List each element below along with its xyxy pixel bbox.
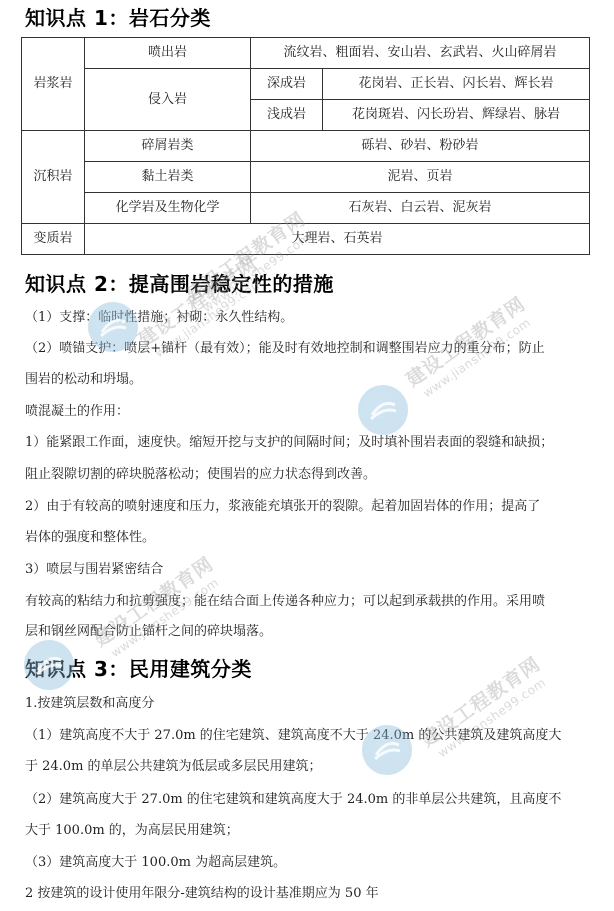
table-row: 变质岩 大理岩、石英岩 <box>22 224 590 255</box>
clastic-label: 碎屑岩类 <box>85 131 251 162</box>
paragraph-line: 1.按建筑层数和高度分 <box>25 696 595 712</box>
paragraph-line: 有较高的粘结力和抗剪强度；能在结合面上传递各种应力；可以起到承载拱的作用。采用喷 <box>25 594 595 610</box>
table-row: 岩浆岩 喷出岩 流纹岩、粗面岩、安山岩、玄武岩、火山碎屑岩 <box>22 38 590 69</box>
paragraph-line: 岩体的强度和整体性。 <box>25 530 595 546</box>
paragraph-line: （2）建筑高度大于 27.0m 的住宅建筑和建筑高度大于 24.0m 的非单层公… <box>25 792 595 808</box>
table-row: 沉积岩 碎屑岩类 砾岩、砂岩、粉砂岩 <box>22 131 590 162</box>
paragraph-line: （1）建筑高度不大于 27.0m 的住宅建筑、建筑高度不大于 24.0m 的公共… <box>25 728 595 744</box>
hypabyssal-examples: 花岗斑岩、闪长玢岩、辉绿岩、脉岩 <box>323 100 590 131</box>
metamorphic-label: 变质岩 <box>22 224 85 255</box>
paragraph-line: 层和钢丝网配合防止锚杆之间的碎块塌落。 <box>25 624 595 640</box>
section-1-title: 知识点 1：岩石分类 <box>25 6 211 30</box>
hypabyssal-label: 浅成岩 <box>251 100 323 131</box>
paragraph-line: 围岩的松动和坍塌。 <box>25 372 595 388</box>
paragraph-line: （3）建筑高度大于 100.0m 为超高层建筑。 <box>25 855 595 871</box>
paragraph-line: （1）支撑：临时性措施；衬砌：永久性结构。 <box>25 310 595 326</box>
document-page: 知识点 1：岩石分类 岩浆岩 喷出岩 流纹岩、粗面岩、安山岩、玄武岩、火山碎屑岩… <box>0 0 614 911</box>
paragraph-line: 1）能紧跟工作面，速度快。缩短开挖与支护的间隔时间；及时填补围岩表面的裂缝和缺损… <box>25 435 595 451</box>
metamorphic-examples: 大理岩、石英岩 <box>85 224 590 255</box>
extrusive-examples: 流纹岩、粗面岩、安山岩、玄武岩、火山碎屑岩 <box>251 38 590 69</box>
paragraph-line: 大于 100.0m 的，为高层民用建筑； <box>25 823 595 839</box>
paragraph-line: 于 24.0m 的单层公共建筑为低层或多层民用建筑； <box>25 759 595 775</box>
extrusive-label: 喷出岩 <box>85 38 251 69</box>
paragraph-line: 3）喷层与围岩紧密结合 <box>25 562 595 578</box>
clay-examples: 泥岩、页岩 <box>251 162 590 193</box>
chemical-label: 化学岩及生物化学 <box>85 193 251 224</box>
sedimentary-label: 沉积岩 <box>22 131 85 224</box>
section-3-title: 知识点 3：民用建筑分类 <box>25 657 252 681</box>
plutonic-label: 深成岩 <box>251 69 323 100</box>
intrusive-label: 侵入岩 <box>85 69 251 131</box>
chemical-examples: 石灰岩、白云岩、泥灰岩 <box>251 193 590 224</box>
paragraph-line: 阻止裂隙切割的碎块脱落松动；使围岩的应力状态得到改善。 <box>25 467 595 483</box>
table-row: 侵入岩 深成岩 花岗岩、正长岩、闪长岩、辉长岩 <box>22 69 590 100</box>
clastic-examples: 砾岩、砂岩、粉砂岩 <box>251 131 590 162</box>
paragraph-line: 2 按建筑的设计使用年限分-建筑结构的设计基准期应为 50 年 <box>25 886 595 902</box>
section-2-title: 知识点 2：提高围岩稳定性的措施 <box>25 272 334 296</box>
igneous-label: 岩浆岩 <box>22 38 85 131</box>
paragraph-line: 喷混凝土的作用： <box>25 404 595 420</box>
rock-classification-table: 岩浆岩 喷出岩 流纹岩、粗面岩、安山岩、玄武岩、火山碎屑岩 侵入岩 深成岩 花岗… <box>21 37 590 255</box>
paragraph-line: （2）喷锚支护：喷层+锚杆（最有效）；能及时有效地控制和调整围岩应力的重分布；防… <box>25 341 595 357</box>
paragraph-line: 2）由于有较高的喷射速度和压力，浆液能充填张开的裂隙。起着加固岩体的作用；提高了 <box>25 499 595 515</box>
plutonic-examples: 花岗岩、正长岩、闪长岩、辉长岩 <box>323 69 590 100</box>
clay-label: 黏土岩类 <box>85 162 251 193</box>
table-row: 化学岩及生物化学 石灰岩、白云岩、泥灰岩 <box>22 193 590 224</box>
table-row: 黏土岩类 泥岩、页岩 <box>22 162 590 193</box>
